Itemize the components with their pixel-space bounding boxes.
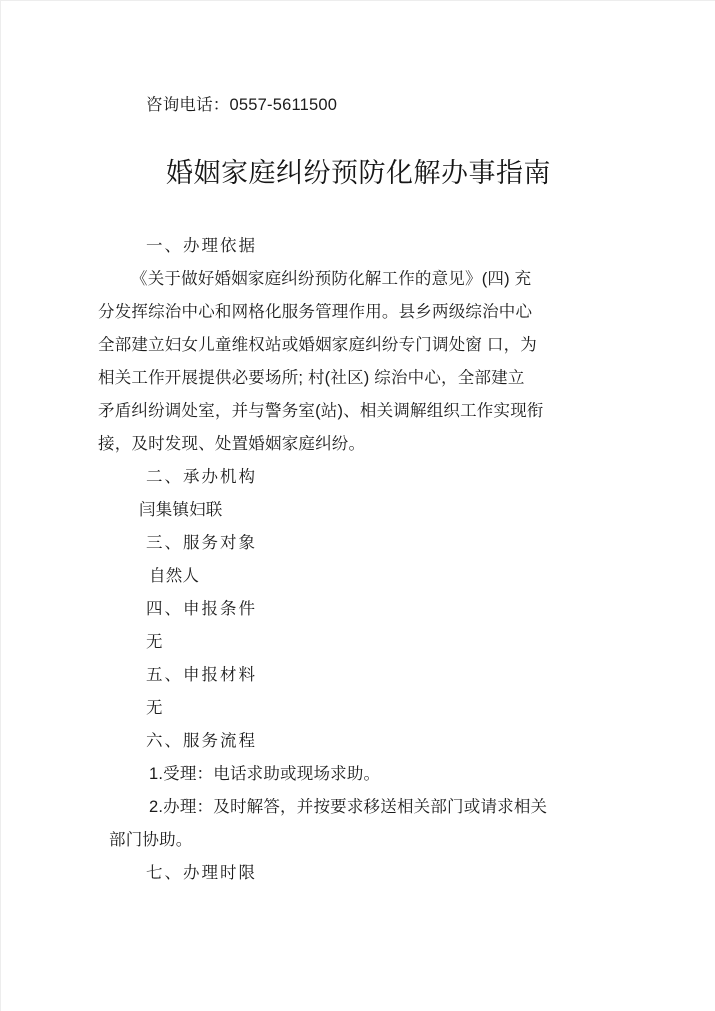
- paragraph-line: 《关于做好婚姻家庭纠纷预防化解工作的意见》(四) 充: [98, 263, 619, 296]
- consult-phone-line: 咨询电话：0557-5611500: [98, 89, 619, 122]
- section-heading-target: 三、服务对象: [98, 527, 619, 560]
- process-step-1: 1.受理：电话求助或现场求助。: [98, 758, 619, 791]
- page-title: 婚姻家庭纠纷预防化解办事指南: [98, 151, 619, 195]
- section-heading-time-limit: 七、办理时限: [98, 857, 619, 890]
- paragraph-line: 矛盾纠纷调处室，并与警务室(站)、相关调解组织工作实现衔: [98, 395, 619, 428]
- materials-value: 无: [98, 692, 619, 725]
- section-heading-conditions: 四、申报条件: [98, 593, 619, 626]
- paragraph-line: 接，及时发现、处置婚姻家庭纠纷。: [98, 428, 619, 461]
- paragraph-line: 分发挥综治中心和网格化服务管理作用。县乡两级综治中心: [98, 296, 619, 329]
- paragraph-line: 相关工作开展提供必要场所; 村(社区) 综治中心，全部建立: [98, 362, 619, 395]
- process-step-2-continuation: 部门协助。: [98, 824, 619, 857]
- paragraph-line: 全部建立妇女儿童维权站或婚姻家庭纠纷专门调处窗 口，为: [98, 329, 619, 362]
- document-page: 咨询电话：0557-5611500 婚姻家庭纠纷预防化解办事指南 一、办理依据 …: [0, 0, 715, 1011]
- section-heading-materials: 五、申报材料: [98, 659, 619, 692]
- agency-value: 闫集镇妇联: [98, 494, 619, 527]
- conditions-value: 无: [98, 626, 619, 659]
- section-heading-process: 六、服务流程: [98, 725, 619, 758]
- process-step-2: 2.办理：及时解答，并按要求移送相关部门或请求相关: [98, 791, 619, 824]
- section-heading-basis: 一、办理依据: [98, 230, 619, 263]
- service-target-value: 自然人: [98, 560, 619, 593]
- section-heading-agency: 二、承办机构: [98, 461, 619, 494]
